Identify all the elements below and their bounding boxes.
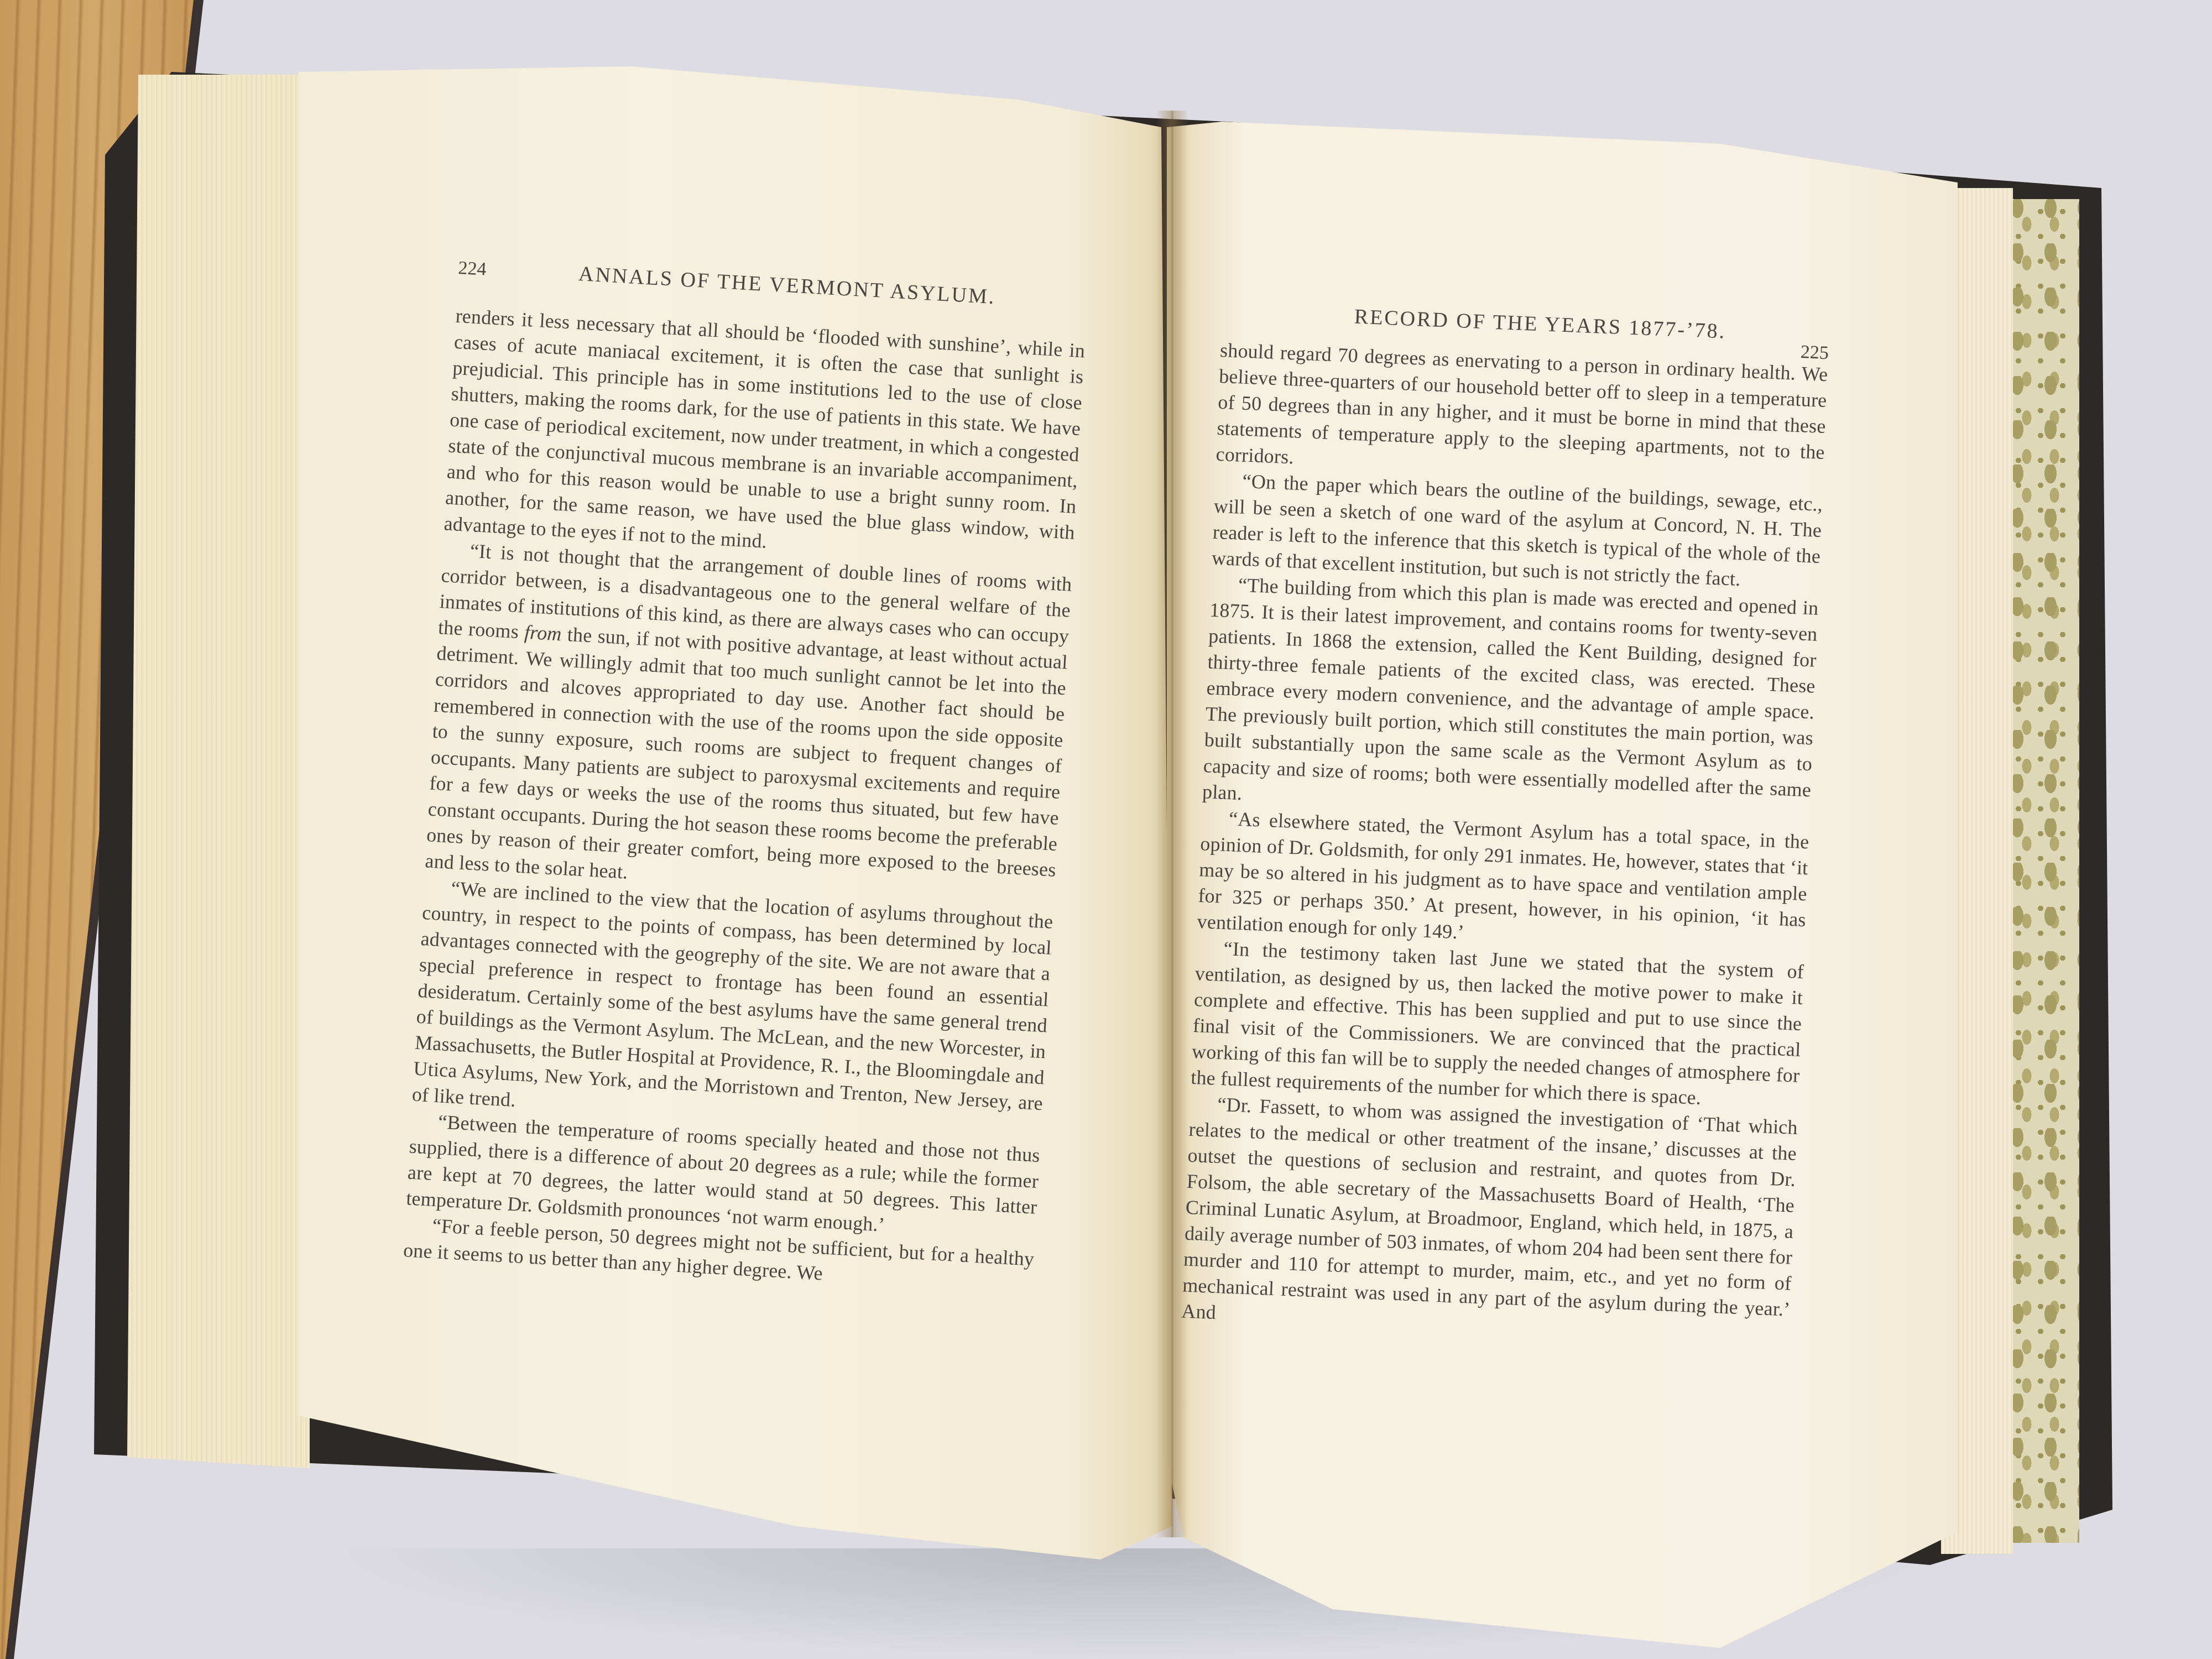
left-paragraph-1: renders it less necessary that all shoul… <box>443 303 1086 572</box>
page-number-right: 225 <box>1800 339 1829 366</box>
left-page-text: 224 ANNALS OF THE VERMONT ASYLUM. render… <box>403 254 1088 1298</box>
left-paragraph-2-part-2: the sun, if not with positive advantage,… <box>425 623 1068 883</box>
right-page-text: RECORD OF THE YEARS 1877-’78. 225 should… <box>1181 299 1830 1349</box>
right-paragraph-3: “The building from which this plan is ma… <box>1202 571 1819 830</box>
left-page-stack-edges <box>127 75 310 1468</box>
left-paragraph-3: “We are inclined to the view that the lo… <box>411 874 1054 1142</box>
left-paragraph-2-italic: from <box>524 621 562 645</box>
page-number-left: 224 <box>457 255 487 283</box>
decorative-endpaper <box>2007 199 2079 1543</box>
right-paragraph-6: “Dr. Fassett, to whom was assigned the i… <box>1181 1091 1798 1349</box>
right-paragraph-1: should regard 70 degrees as enervating t… <box>1215 337 1829 492</box>
right-paragraph-5: “In the testimony taken last June we sta… <box>1190 935 1804 1115</box>
left-paragraph-2: “It is not thought that the arrangement … <box>424 536 1072 909</box>
right-paragraph-4: “As elsewhere stated, the Vermont Asylum… <box>1197 805 1810 959</box>
